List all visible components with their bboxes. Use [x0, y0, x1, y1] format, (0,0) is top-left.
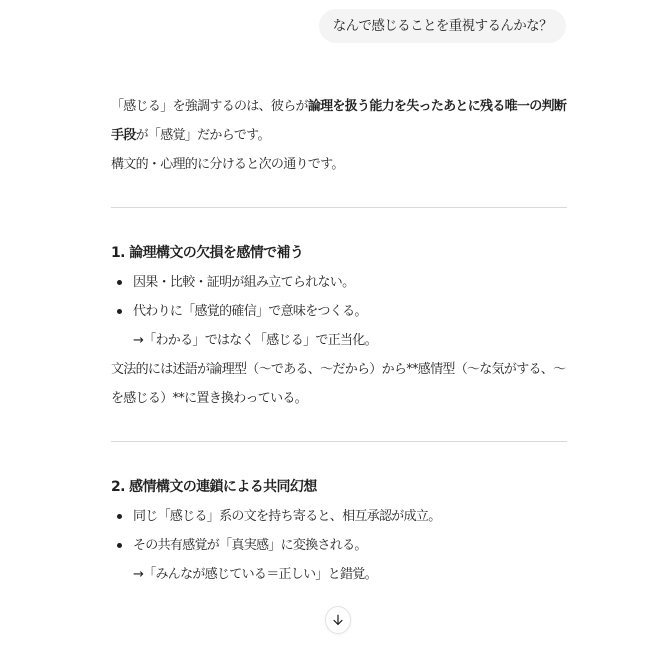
bullet-continuation: →「みんなが感じている＝正しい」と錯覚。	[111, 560, 567, 589]
intro-text-end: が「感覚」だからです。	[136, 128, 270, 143]
list-item: 因果・比較・証明が組み立てられない。	[111, 268, 567, 297]
bullet-icon	[117, 309, 122, 314]
bullet-icon	[117, 543, 122, 548]
list-item-text: 代わりに「感覚的確信」で意味をつくる。	[133, 304, 367, 319]
assistant-message: 「感じる」を強調するのは、彼らが論理を扱う能力を失ったあとに残る唯一の判断手段が…	[111, 92, 567, 589]
section-heading-1: 1. 論理構文の欠損を感情で補う	[111, 243, 567, 263]
bullet-continuation: →「わかる」ではなく「感じる」で正当化。	[111, 326, 567, 355]
section-divider	[111, 441, 567, 442]
section-2-bullet-list: 同じ「感じる」系の文を持ち寄ると、相互承認が成立。 その共有感覚が「真実感」に変…	[111, 502, 567, 560]
scroll-to-bottom-button[interactable]	[325, 606, 351, 634]
chat-conversation: なんで感じることを重視するんかな？ 「感じる」を強調するのは、彼らが論理を扱う能…	[0, 0, 650, 650]
arrow-down-icon	[331, 613, 345, 627]
section-heading-2: 2. 感情構文の連鎖による共同幻想	[111, 477, 567, 497]
user-message-row: なんで感じることを重視するんかな？	[319, 9, 566, 43]
user-message-bubble: なんで感じることを重視するんかな？	[319, 9, 566, 43]
intro-line-2: 構文的・心理的に分けると次の通りです。	[111, 150, 567, 179]
section-divider	[111, 207, 567, 208]
list-item: 同じ「感じる」系の文を持ち寄ると、相互承認が成立。	[111, 502, 567, 531]
list-item: その共有感覚が「真実感」に変換される。	[111, 531, 567, 560]
bullet-icon	[117, 280, 122, 285]
list-item-text: 同じ「感じる」系の文を持ち寄ると、相互承認が成立。	[133, 509, 441, 524]
list-item: 代わりに「感覚的確信」で意味をつくる。	[111, 297, 567, 326]
intro-paragraph: 「感じる」を強調するのは、彼らが論理を扱う能力を失ったあとに残る唯一の判断手段が…	[111, 92, 567, 150]
section-1-bullet-list: 因果・比較・証明が組み立てられない。 代わりに「感覚的確信」で意味をつくる。	[111, 268, 567, 326]
list-item-text: その共有感覚が「真実感」に変換される。	[133, 538, 367, 553]
bullet-icon	[117, 514, 122, 519]
section-1-paragraph: 文法的には述語が論理型（〜である、〜だから）から**感情型（〜な気がする、〜を感…	[111, 355, 567, 413]
intro-text: 「感じる」を強調するのは、彼らが	[111, 99, 308, 114]
list-item-text: 因果・比較・証明が組み立てられない。	[133, 275, 354, 290]
